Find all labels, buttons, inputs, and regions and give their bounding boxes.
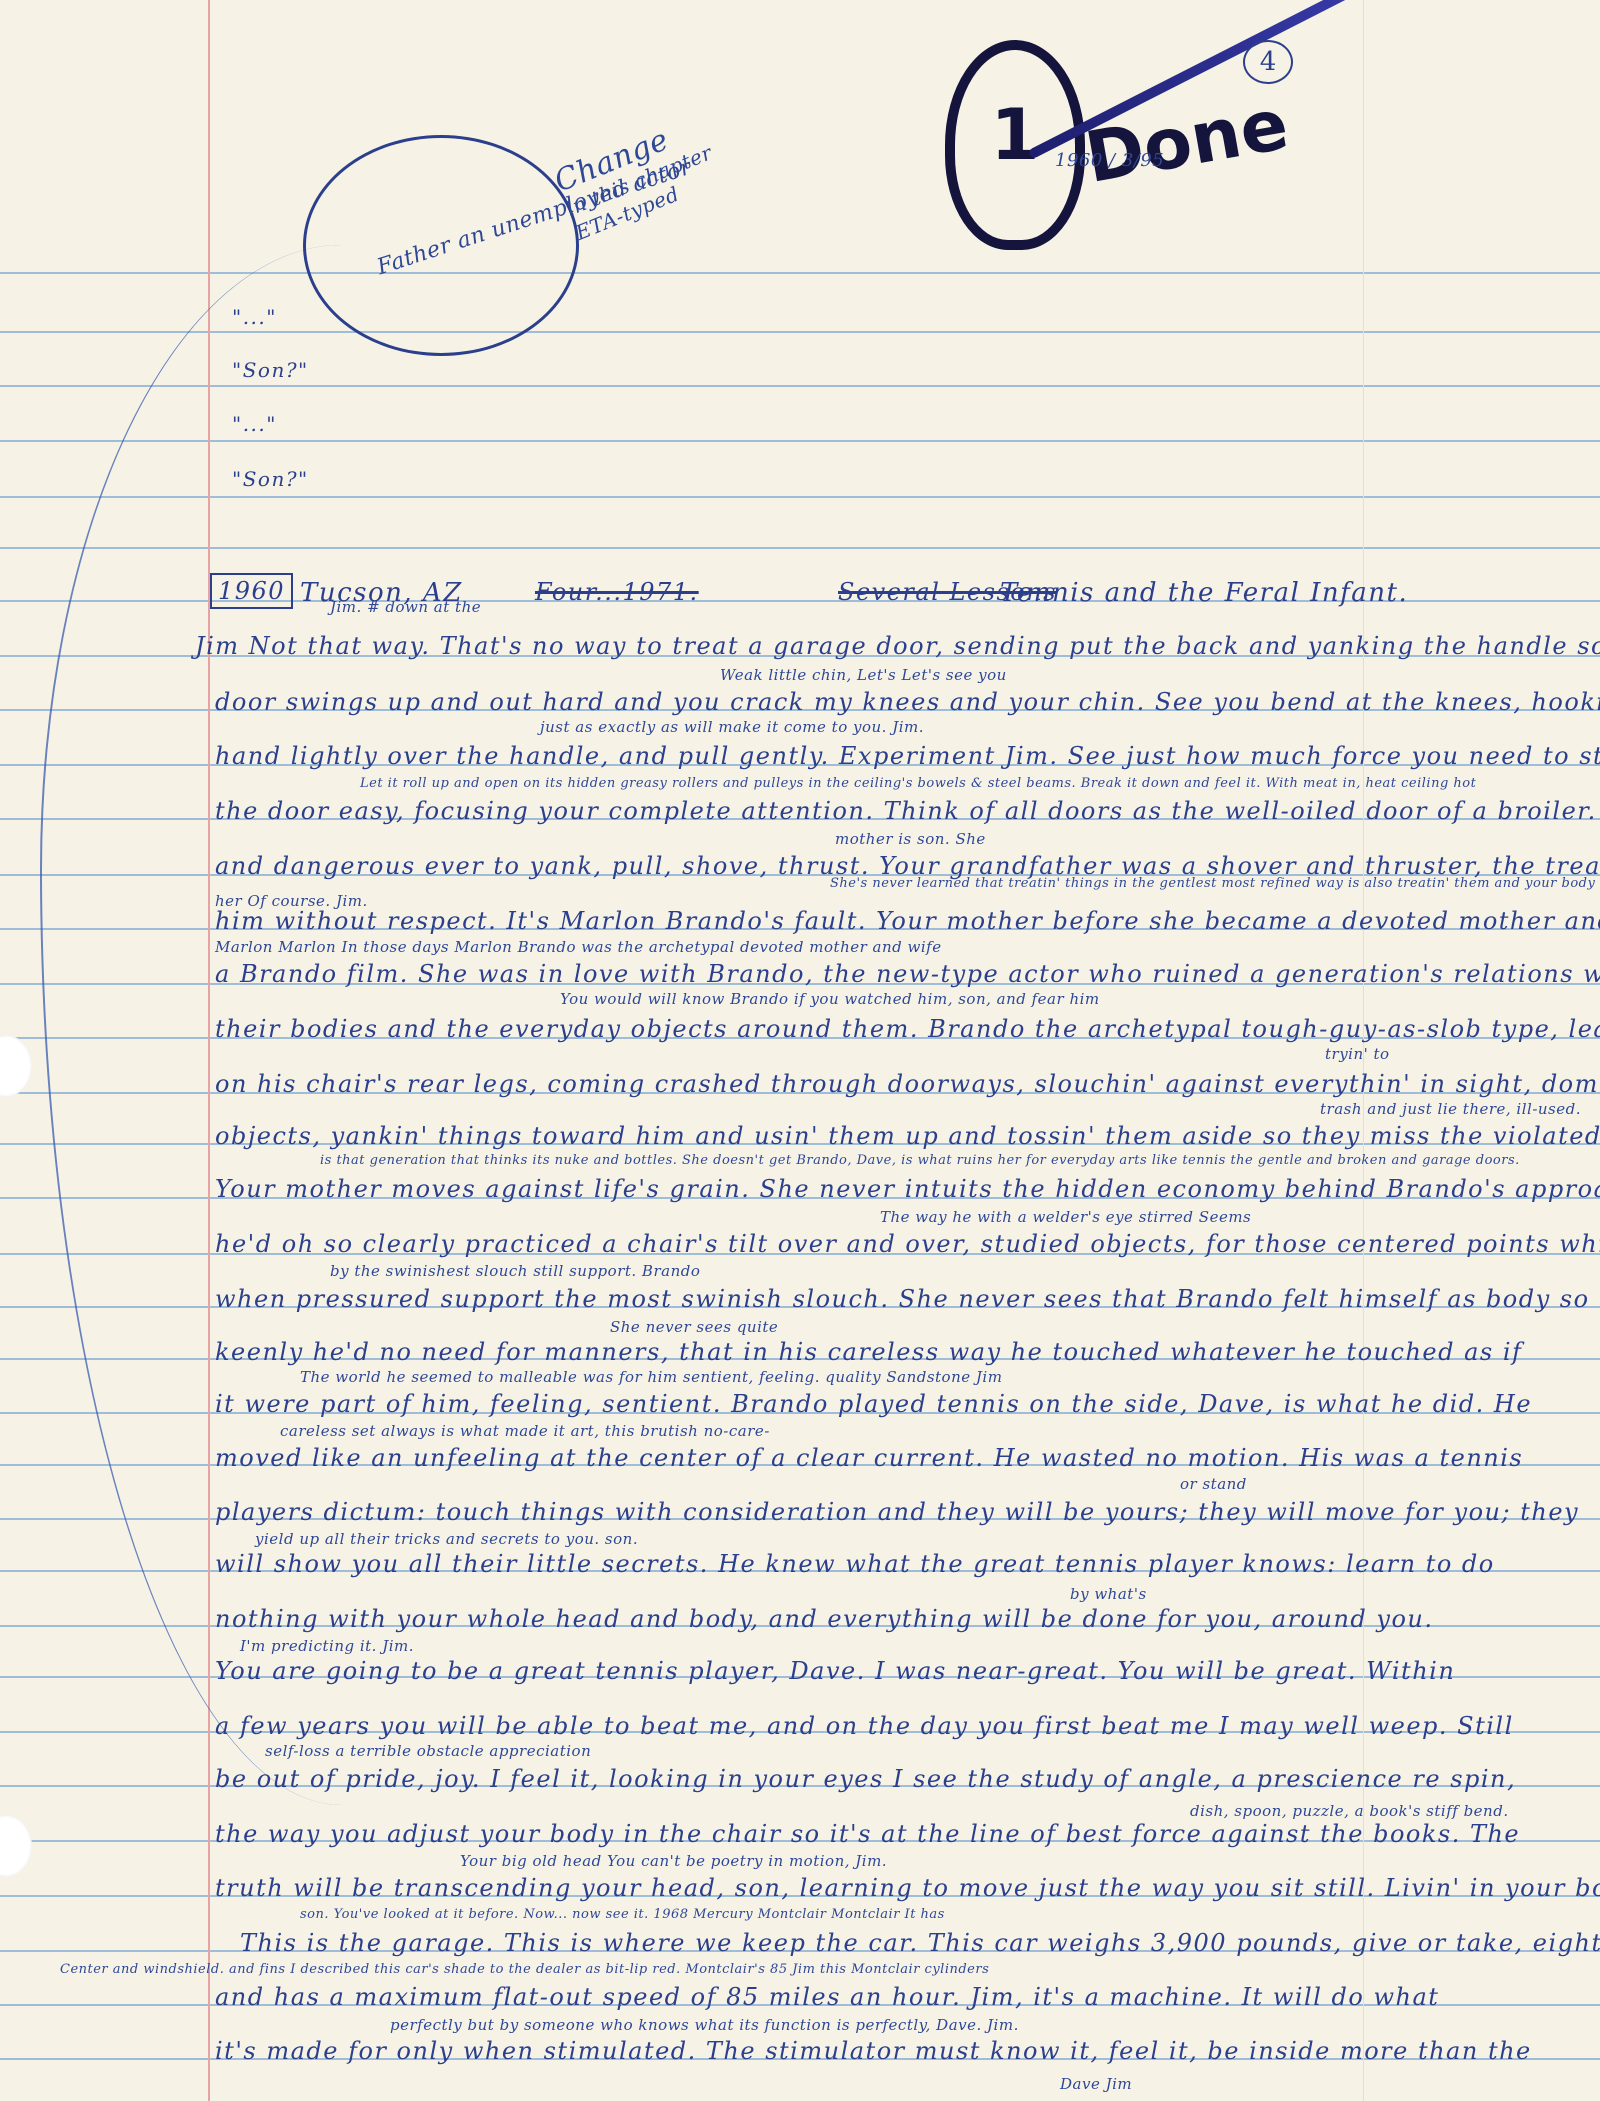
manuscript-line: hand lightly over the handle, and pull g…: [215, 742, 1600, 770]
interlinear-note: She's never learned that treatin' things…: [830, 876, 1600, 891]
manuscript-line: a few years you will be able to beat me,…: [215, 1712, 1514, 1740]
interlinear-note: by what's: [1070, 1585, 1147, 1603]
interlinear-note: Marlon Marlon In those days Marlon Brand…: [215, 938, 942, 956]
interlinear-note: Weak little chin, Let's Let's see you: [720, 666, 1007, 684]
binder-hole-top: [0, 1035, 32, 1097]
dialogue-fragment: "...": [232, 305, 277, 329]
manuscript-line: and has a maximum flat-out speed of 85 m…: [215, 1983, 1439, 2011]
dialogue-fragment: "Son?": [232, 358, 309, 382]
interlinear-note: Center and windshield. and fins I descri…: [60, 1962, 989, 1977]
interlinear-note: dish, spoon, puzzle, a book's stiff bend…: [1190, 1802, 1509, 1820]
manuscript-line: it were part of him, feeling, sentient. …: [215, 1390, 1532, 1418]
title-year-box: 1960: [210, 573, 293, 609]
interlinear-note: just as exactly as will make it come to …: [540, 718, 924, 736]
manuscript-line: a Brando film. She was in love with Bran…: [215, 960, 1600, 988]
interlinear-note: son. You've looked at it before. Now... …: [300, 1907, 945, 1922]
interlinear-note: Jim. # down at the: [330, 598, 481, 616]
manuscript-line: their bodies and the everyday objects ar…: [215, 1015, 1600, 1043]
page-number-circled: 4: [1243, 40, 1293, 84]
interlinear-note: You would will know Brando if you watche…: [560, 990, 1100, 1008]
marker-done-word: Done: [1079, 83, 1294, 199]
title-struck-out-1: Four...1971.: [535, 578, 699, 606]
manuscript-line: it's made for only when stimulated. The …: [215, 2037, 1532, 2065]
manuscript-line: the way you adjust your body in the chai…: [215, 1820, 1520, 1848]
manuscript-line: objects, yankin' things toward him and u…: [215, 1122, 1600, 1150]
chapter-title: Tennis and the Feral Infant.: [1000, 578, 1408, 608]
manuscript-line: the door easy, focusing your complete at…: [215, 797, 1600, 825]
manuscript-line: Your mother moves against life's grain. …: [215, 1175, 1600, 1203]
manuscript-line: he'd oh so clearly practiced a chair's t…: [215, 1230, 1600, 1258]
manuscript-line: on his chair's rear legs, coming crashed…: [215, 1070, 1600, 1098]
manuscript-line: door swings up and out hard and you crac…: [215, 688, 1600, 716]
interlinear-note: Your big old head You can't be poetry in…: [460, 1852, 887, 1870]
manuscript-line: be out of pride, joy. I feel it, looking…: [215, 1765, 1516, 1793]
manuscript-line: You are going to be a great tennis playe…: [215, 1657, 1455, 1685]
manuscript-line: him without respect. It's Marlon Brando'…: [215, 907, 1600, 935]
interlinear-note: perfectly but by someone who knows what …: [390, 2016, 1019, 2034]
manuscript-line: nothing with your whole head and body, a…: [215, 1605, 1434, 1633]
ruled-line: [0, 272, 1600, 274]
interlinear-note: tryin' to: [1325, 1045, 1390, 1063]
interlinear-note: careless set always is what made it art,…: [280, 1422, 770, 1440]
manuscript-line: when pressured support the most swinish …: [215, 1285, 1590, 1313]
manuscript-line: moved like an unfeeling at the center of…: [215, 1444, 1523, 1472]
interlinear-note: self-loss a terrible obstacle appreciati…: [265, 1742, 591, 1760]
interlinear-note: is that generation that thinks its nuke …: [320, 1153, 1520, 1168]
dialogue-fragment: "...": [232, 412, 277, 436]
margin-note-change-chapter: Change in this chapter ETA-typed: [552, 104, 749, 246]
manuscript-line: truth will be transcending your head, so…: [215, 1874, 1600, 1902]
manuscript-line: keenly he'd no need for manners, that in…: [215, 1338, 1522, 1366]
interlinear-note: Let it roll up and open on its hidden gr…: [360, 776, 1476, 791]
dialogue-fragment: "Son?": [232, 467, 309, 491]
marker-circled-number: 1: [945, 40, 1085, 250]
manuscript-line: Jim Not that way. That's no way to treat…: [195, 632, 1600, 660]
manuscript-line: This is the garage. This is where we kee…: [240, 1929, 1600, 1957]
interlinear-note: The way he with a welder's eye stirred S…: [880, 1208, 1251, 1226]
interlinear-note: trash and just lie there, ill-used.: [1320, 1100, 1581, 1118]
binder-hole-bottom: [0, 1815, 32, 1877]
interlinear-note: by the swinishest slouch still support. …: [330, 1262, 700, 1280]
interlinear-note: She never sees quite: [610, 1318, 778, 1336]
interlinear-note: Dave Jim: [1060, 2075, 1132, 2093]
manuscript-line: will show you all their little secrets. …: [215, 1550, 1495, 1578]
notebook-page: Father an unemployed actor Change in thi…: [0, 0, 1600, 2101]
small-dates: 1960 / 3/95: [1055, 150, 1164, 171]
manuscript-line: players dictum: touch things with consid…: [215, 1498, 1579, 1526]
interlinear-note: I'm predicting it. Jim.: [240, 1637, 414, 1655]
interlinear-note: or stand: [1180, 1475, 1247, 1493]
interlinear-note: mother is son. She: [835, 830, 986, 848]
interlinear-note: The world he seemed to malleable was for…: [300, 1368, 1002, 1386]
interlinear-note: yield up all their tricks and secrets to…: [255, 1530, 638, 1548]
